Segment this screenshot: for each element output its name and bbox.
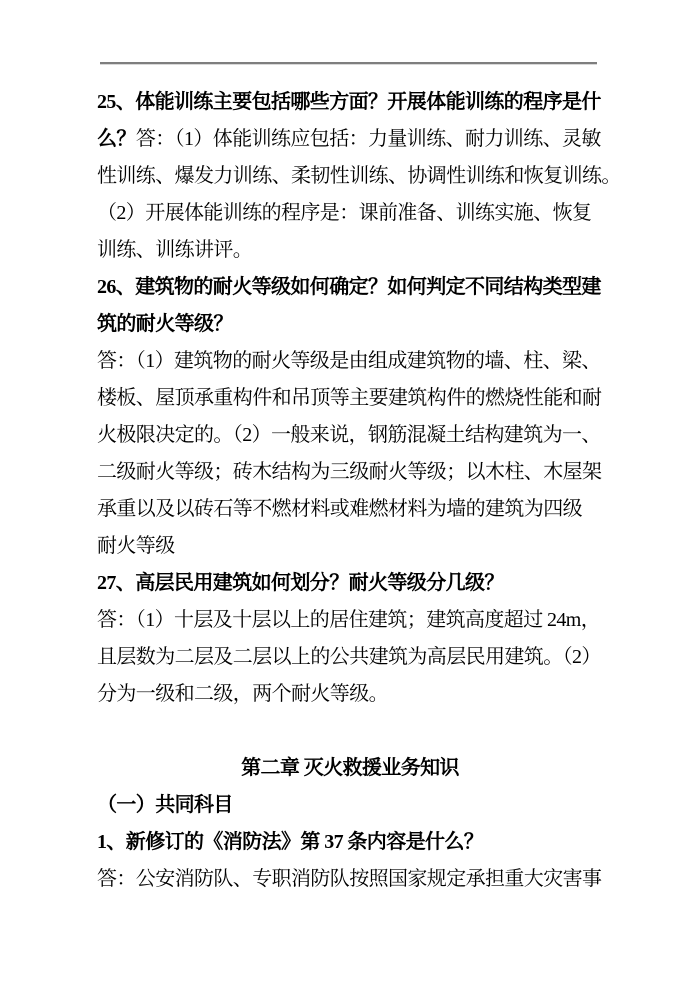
bold-text-segment: （一）共同科目 (97, 794, 233, 816)
bold-text-segment: 26、建筑物的耐火等级如何确定？如何判定不同结构类型建 (97, 276, 601, 298)
answer-26-line-2: 楼板、屋顶承重构件和吊顶等主要建筑构件的燃烧性能和耐 (97, 380, 603, 417)
answer-1-chapter-2-line-1: 答：公安消防队、专职消防队按照国家规定承担重大灾害事 (97, 861, 603, 898)
bold-text-segment: 筑的耐火等级？ (97, 313, 233, 335)
text-segment: 答：（1）十层及十层以上的居住建筑；建筑高度超过 24m， (97, 609, 600, 631)
answer-25-line-2: 性训练、爆发力训练、柔韧性训练、协调性训练和恢复训练。 (97, 158, 603, 195)
header-separator-rule (100, 62, 597, 65)
answer-27-line-2: 且层数为二层及二层以上的公共建筑为高层民用建筑。（2） (97, 639, 603, 676)
text-segment: 二级耐火等级；砖木结构为三级耐火等级；以木柱、木屋架 (97, 461, 601, 483)
section-1-subheading: （一）共同科目 (97, 787, 603, 824)
text-segment: 答：（1）体能训练应包括：力量训练、耐力训练、灵敏 (136, 128, 601, 150)
answer-27-line-3: 分为一级和二级，两个耐火等级。 (97, 676, 603, 713)
text-segment: 答：（1）建筑物的耐火等级是由组成建筑物的墙、柱、梁、 (97, 350, 601, 372)
text-segment: 楼板、屋顶承重构件和吊顶等主要建筑构件的燃烧性能和耐 (97, 387, 601, 409)
text-segment: 承重以及以砖石等不燃材料或难燃材料为墙的建筑为四级 (97, 498, 582, 520)
answer-26-line-4: 二级耐火等级；砖木结构为三级耐火等级；以木柱、木屋架 (97, 454, 603, 491)
chapter-2-heading: 第二章 灭火救援业务知识 (97, 750, 603, 787)
question-1-chapter-2: 1、新修订的《消防法》第 37 条内容是什么？ (97, 824, 603, 861)
bold-text-segment: 第二章 灭火救援业务知识 (241, 757, 459, 779)
blank-line (97, 713, 603, 750)
answer-26-line-1: 答：（1）建筑物的耐火等级是由组成建筑物的墙、柱、梁、 (97, 343, 603, 380)
question-25-line-1: 25、体能训练主要包括哪些方面？开展体能训练的程序是什 (97, 84, 603, 121)
bold-text-segment: 1、新修订的《消防法》第 37 条内容是什么？ (97, 831, 483, 853)
question-25-line-2-and-answer: 么？答：（1）体能训练应包括：力量训练、耐力训练、灵敏 (97, 121, 603, 158)
answer-25-line-4: 训练、训练讲评。 (97, 232, 603, 269)
answer-26-line-6: 耐火等级 (97, 528, 603, 565)
text-segment: 性训练、爆发力训练、柔韧性训练、协调性训练和恢复训练。 (97, 165, 621, 187)
text-segment: 训练、训练讲评。 (97, 239, 252, 261)
text-segment: 答：公安消防队、专职消防队按照国家规定承担重大灾害事 (97, 868, 601, 890)
text-segment: 火极限决定的。（2）一般来说，钢筋混凝土结构建筑为一、 (97, 424, 601, 446)
question-26-line-1: 26、建筑物的耐火等级如何确定？如何判定不同结构类型建 (97, 269, 603, 306)
bold-text-segment: 么？ (97, 128, 136, 150)
document-page: 25、体能训练主要包括哪些方面？开展体能训练的程序是什么？答：（1）体能训练应包… (0, 0, 700, 990)
answer-26-line-3: 火极限决定的。（2）一般来说，钢筋混凝土结构建筑为一、 (97, 417, 603, 454)
bold-text-segment: 25、体能训练主要包括哪些方面？开展体能训练的程序是什 (97, 91, 601, 113)
document-body: 25、体能训练主要包括哪些方面？开展体能训练的程序是什么？答：（1）体能训练应包… (97, 84, 603, 898)
question-27: 27、高层民用建筑如何划分？耐火等级分几级？ (97, 565, 603, 602)
text-segment: 分为一级和二级，两个耐火等级。 (97, 683, 388, 705)
text-segment: 且层数为二层及二层以上的公共建筑为高层民用建筑。（2） (97, 646, 601, 668)
question-26-line-2: 筑的耐火等级？ (97, 306, 603, 343)
text-segment: （2）开展体能训练的程序是：课前准备、训练实施、恢复 (97, 202, 591, 224)
text-segment: 耐火等级 (97, 535, 175, 557)
answer-27-line-1: 答：（1）十层及十层以上的居住建筑；建筑高度超过 24m， (97, 602, 603, 639)
answer-26-line-5: 承重以及以砖石等不燃材料或难燃材料为墙的建筑为四级 (97, 491, 603, 528)
bold-text-segment: 27、高层民用建筑如何划分？耐火等级分几级？ (97, 572, 504, 594)
answer-25-line-3: （2）开展体能训练的程序是：课前准备、训练实施、恢复 (97, 195, 603, 232)
